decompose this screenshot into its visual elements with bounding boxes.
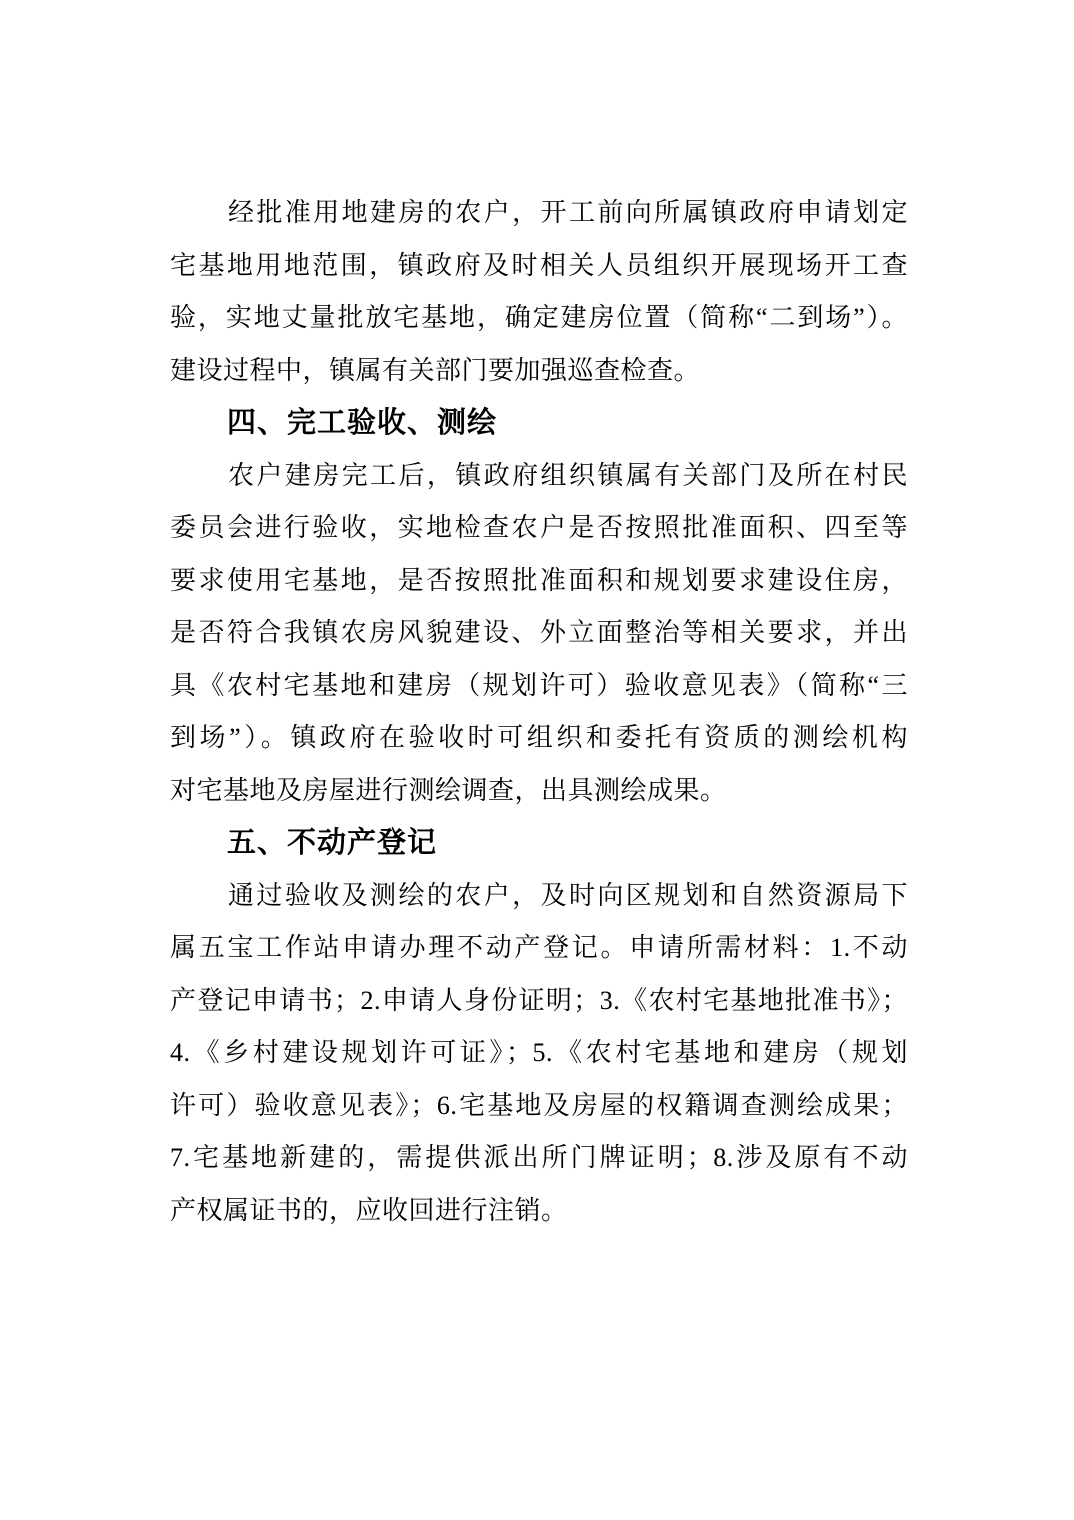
body-line: 4.《乡村建设规划许可证》；5.《农村宅基地和建房（规划 [170, 1027, 908, 1080]
body-line: 产登记申请书；2.申请人身份证明；3.《农村宅基地批准书》； [170, 975, 908, 1028]
body-line: 经批准用地建房的农户，开工前向所属镇政府申请划定 [170, 187, 908, 240]
body-line: 农户建房完工后，镇政府组织镇属有关部门及所在村民 [170, 450, 908, 503]
paragraph-construction-start-inspection: 经批准用地建房的农户，开工前向所属镇政府申请划定 宅基地用地范围，镇政府及时相关… [170, 187, 908, 397]
body-line: 宅基地用地范围，镇政府及时相关人员组织开展现场开工查 [170, 240, 908, 293]
body-line: 验，实地丈量批放宅基地，确定建房位置（简称“二到场”）。 [170, 292, 908, 345]
body-line: 对宅基地及房屋进行测绘调查，出具测绘成果。 [170, 765, 908, 818]
body-line: 到场”）。镇政府在验收时可组织和委托有资质的测绘机构 [170, 712, 908, 765]
paragraph-real-estate-registration: 通过验收及测绘的农户，及时向区规划和自然资源局下 属五宝工作站申请办理不动产登记… [170, 870, 908, 1238]
body-line: 建设过程中，镇属有关部门要加强巡查检查。 [170, 345, 908, 398]
body-line: 是否符合我镇农房风貌建设、外立面整治等相关要求，并出 [170, 607, 908, 660]
body-line: 具《农村宅基地和建房（规划许可）验收意见表》（简称“三 [170, 660, 908, 713]
section-heading-completion-acceptance: 四、完工验收、测绘 [170, 397, 908, 450]
body-line: 要求使用宅基地，是否按照批准面积和规划要求建设住房， [170, 555, 908, 608]
body-line: 7.宅基地新建的，需提供派出所门牌证明；8.涉及原有不动 [170, 1132, 908, 1185]
body-line: 通过验收及测绘的农户，及时向区规划和自然资源局下 [170, 870, 908, 923]
body-line: 委员会进行验收，实地检查农户是否按照批准面积、四至等 [170, 502, 908, 555]
section-heading-real-estate-registration: 五、不动产登记 [170, 817, 908, 870]
paragraph-completion-acceptance-survey: 农户建房完工后，镇政府组织镇属有关部门及所在村民 委员会进行验收，实地检查农户是… [170, 450, 908, 818]
body-line: 产权属证书的，应收回进行注销。 [170, 1185, 908, 1238]
body-line: 许可）验收意见表》；6.宅基地及房屋的权籍调查测绘成果； [170, 1080, 908, 1133]
document-page: 经批准用地建房的农户，开工前向所属镇政府申请划定 宅基地用地范围，镇政府及时相关… [0, 0, 1074, 1520]
body-line: 属五宝工作站申请办理不动产登记。申请所需材料：1.不动 [170, 922, 908, 975]
